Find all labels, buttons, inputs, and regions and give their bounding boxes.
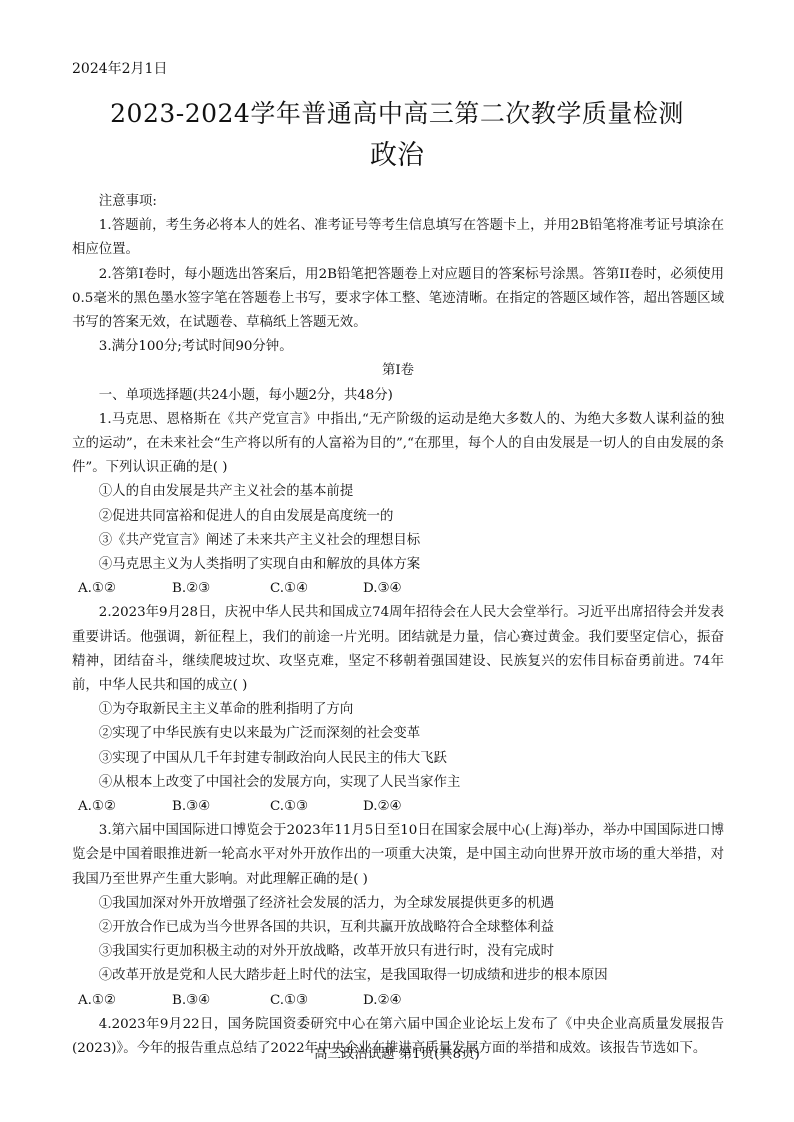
option-a: A.①② <box>78 989 116 1013</box>
statement-1: ①我国加深对外开放增强了经济社会发展的活力，为全球发展提供更多的机遇 <box>72 892 724 916</box>
section-heading: 一、单项选择题(共24小题，每小题2分，共48分) <box>72 384 724 408</box>
answer-options: A.①② B.②③ C.①④ D.③④ <box>72 577 724 601</box>
exam-subject: 政治 <box>0 136 794 176</box>
option-b: B.③④ <box>172 795 210 819</box>
statement-3: ③《共产党宣言》阐述了未来共产主义社会的理想目标 <box>72 529 724 553</box>
statement-4: ④改革开放是党和人民大踏步赶上时代的法宝，是我国取得一切成绩和进步的根本原因 <box>72 964 724 988</box>
statement-2: ②促进共同富裕和促进人的自由发展是高度统一的 <box>72 505 724 529</box>
option-b: B.③④ <box>172 989 210 1013</box>
option-c: C.①④ <box>270 577 308 601</box>
statement-4: ④从根本上改变了中国社会的发展方向，实现了人民当家作主 <box>72 771 724 795</box>
question-2: 2.2023年9月28日，庆祝中华人民共和国成立74周年招待会在人民大会堂举行。… <box>72 601 724 819</box>
answer-options: A.①② B.③④ C.①③ D.②④ <box>72 989 724 1013</box>
exam-page: 2024年2月1日 2023-2024学年普通高中高三第二次教学质量检测 政治 … <box>0 0 794 1122</box>
question-3: 3.第六届中国国际进口博览会于2023年11月5日至10日在国家会展中心(上海)… <box>72 819 724 1013</box>
option-d: D.②④ <box>363 989 402 1013</box>
notice-section: 注意事项: 1.答题前，考生务必将本人的姓名、准考证号等考生信息填写在答题卡上，… <box>72 190 724 359</box>
option-c: C.①③ <box>270 795 308 819</box>
statement-4: ④马克思主义为人类指明了实现自由和解放的具体方案 <box>72 553 724 577</box>
answer-options: A.①② B.③④ C.①③ D.②④ <box>72 795 724 819</box>
option-a: A.①② <box>78 795 116 819</box>
notice-item-2: 2.答第I卷时，每小题选出答案后，用2B铅笔把答题卷上对应题目的答案标号涂黑。答… <box>72 263 724 336</box>
statement-3: ③我国实行更加积极主动的对外开放战略，改革开放只有进行时，没有完成时 <box>72 940 724 964</box>
statement-1: ①为夺取新民主主义革命的胜利指明了方向 <box>72 698 724 722</box>
exam-date: 2024年2月1日 <box>72 58 167 78</box>
notice-item-3: 3.满分100分;考试时间90分钟。 <box>72 335 724 359</box>
notice-item-1: 1.答题前，考生务必将本人的姓名、准考证号等考生信息填写在答题卡上，并用2B铅笔… <box>72 214 724 262</box>
part-label: 第I卷 <box>72 359 724 383</box>
question-stem: 3.第六届中国国际进口博览会于2023年11月5日至10日在国家会展中心(上海)… <box>72 819 724 892</box>
notice-heading: 注意事项: <box>72 190 724 214</box>
option-b: B.②③ <box>172 577 210 601</box>
option-d: D.③④ <box>363 577 402 601</box>
exam-title: 2023-2024学年普通高中高三第二次教学质量检测 <box>0 96 794 132</box>
option-d: D.②④ <box>363 795 402 819</box>
statement-1: ①人的自由发展是共产主义社会的基本前提 <box>72 480 724 504</box>
question-stem: 2.2023年9月28日，庆祝中华人民共和国成立74周年招待会在人民大会堂举行。… <box>72 601 724 698</box>
statement-3: ③实现了中国从几千年封建专制政治向人民民主的伟大飞跃 <box>72 747 724 771</box>
statement-2: ②开放合作已成为当今世界各国的共识，互利共赢开放战略符合全球整体利益 <box>72 916 724 940</box>
option-a: A.①② <box>78 577 116 601</box>
page-footer: 高三政治试题 第1页(共8页) <box>0 1043 794 1062</box>
question-1: 1.马克思、恩格斯在《共产党宣言》中指出,“无产阶级的运动是绝大多数人的、为绝大… <box>72 408 724 602</box>
option-c: C.①③ <box>270 989 308 1013</box>
question-stem: 1.马克思、恩格斯在《共产党宣言》中指出,“无产阶级的运动是绝大多数人的、为绝大… <box>72 408 724 481</box>
statement-2: ②实现了中华民族有史以来最为广泛而深刻的社会变革 <box>72 722 724 746</box>
exam-body: 注意事项: 1.答题前，考生务必将本人的姓名、准考证号等考生信息填写在答题卡上，… <box>72 190 724 1061</box>
